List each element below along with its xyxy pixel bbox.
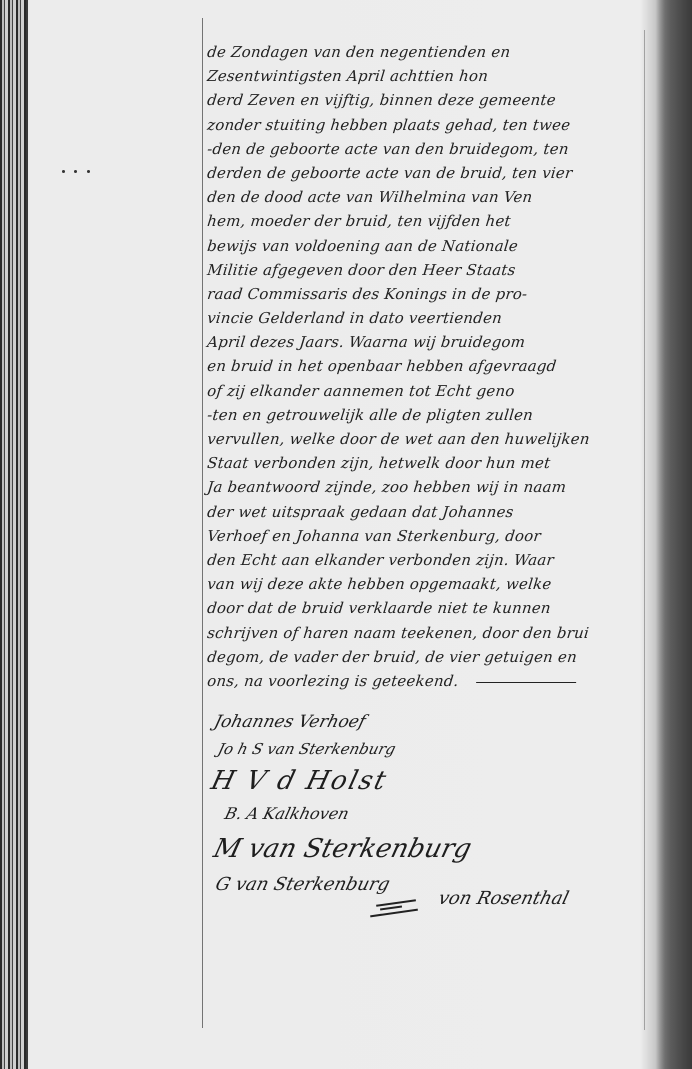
- page-edge-shadow: [656, 0, 692, 1069]
- body-line: raad Commissaris des Konings in de pro-: [206, 282, 645, 306]
- signature-flourish: [370, 898, 422, 918]
- body-line: derden de geboorte acte van de bruid, te…: [206, 161, 645, 185]
- signature-witness: H V d Holst: [206, 766, 655, 804]
- body-line: April dezes Jaars. Waarna wij bruidegom: [206, 330, 645, 354]
- end-rule: [476, 681, 576, 682]
- signature-groom: Johannes Verhoef: [210, 712, 653, 740]
- body-line: -ten en getrouwelijk alle de pligten zul…: [206, 403, 645, 427]
- body-line-groom-name: der wet uitspraak gedaan dat Johannes: [206, 500, 645, 524]
- body-line: zonder stuiting hebben plaats gehad, ten…: [206, 113, 645, 137]
- body-line: Zesentwintigsten April achttien hon: [206, 64, 645, 88]
- body-line: schrijven of haren naam teekenen, door d…: [206, 621, 645, 645]
- body-line: hem, moeder der bruid, ten vijfden het: [206, 209, 645, 233]
- signature-block: Johannes Verhoef Jo h S van Sterkenburg …: [206, 712, 646, 910]
- book-binding: [0, 0, 28, 1069]
- body-line: Militie afgegeven door den Heer Staats: [206, 258, 645, 282]
- body-line: degom, de vader der bruid, de vier getui…: [206, 645, 645, 669]
- binding-edge: [26, 0, 28, 1069]
- body-line-closing: ons, na voorlezing is geteekend.: [206, 669, 645, 693]
- ink-specks: [62, 168, 92, 174]
- body-line: den Echt aan elkander verbonden zijn. Wa…: [206, 548, 645, 572]
- body-line: van wij deze akte hebben opgemaakt, welk…: [206, 572, 645, 596]
- closing-text: ons, na voorlezing is geteekend.: [206, 672, 459, 690]
- signature-registrar: von Rosenthal: [436, 888, 651, 910]
- body-line: vervullen, welke door de wet aan den huw…: [206, 427, 645, 451]
- signature-father-of-bride: Jo h S van Sterkenburg: [214, 740, 652, 766]
- document-page: de Zondagen van den negentienden en Zese…: [0, 0, 692, 1069]
- left-margin-rule: [202, 18, 203, 1028]
- body-line-couple-names: Verhoef en Johanna van Sterkenburg, door: [206, 524, 645, 548]
- signature-witness: B. A Kalkhoven: [220, 804, 653, 834]
- body-line: of zij elkander aannemen tot Echt geno: [206, 379, 645, 403]
- body-line: derd Zeven en vijftig, binnen deze gemee…: [206, 88, 645, 112]
- body-line: vincie Gelderland in dato veertienden: [206, 306, 645, 330]
- body-line: de Zondagen van den negentienden en: [206, 40, 645, 64]
- body-line: bewijs van voldoening aan de Nationale: [206, 234, 645, 258]
- record-body: de Zondagen van den negentienden en Zese…: [206, 40, 642, 693]
- body-line: en bruid in het openbaar hebben afgevraa…: [206, 354, 645, 378]
- body-line: den de dood acte van Wilhelmina van Ven: [206, 185, 645, 209]
- body-line: Staat verbonden zijn, hetwelk door hun m…: [206, 451, 645, 475]
- signature-witness: M van Sterkenburg: [208, 834, 656, 874]
- body-line: door dat de bruid verklaarde niet te kun…: [206, 596, 645, 620]
- body-line: Ja beantwoord zijnde, zoo hebben wij in …: [206, 475, 645, 499]
- body-line: -den de geboorte acte van den bruidegom,…: [206, 137, 645, 161]
